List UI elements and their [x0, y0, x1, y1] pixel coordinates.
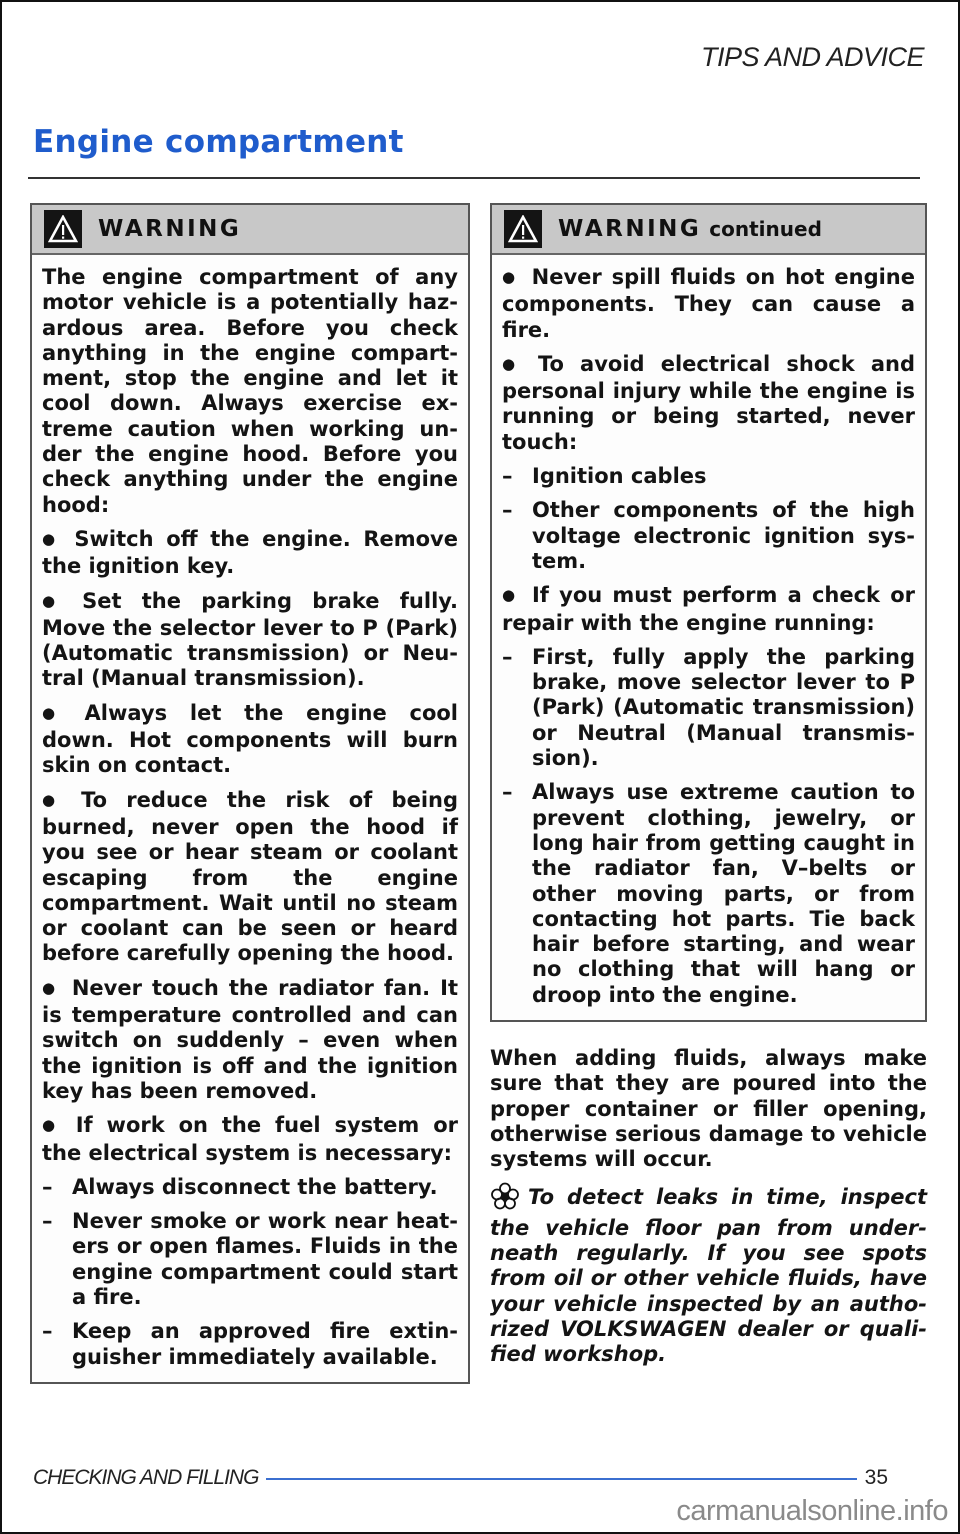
warning-triangle-icon [504, 210, 542, 248]
warning-bullet: Switch off the engine. Remove the igniti… [42, 527, 458, 580]
warning-dash-item: – Ignition cables [502, 464, 915, 489]
warning-body: The engine compartment of any motor vehi… [32, 255, 468, 1382]
dash-text: Always disconnect the battery. [72, 1175, 458, 1200]
warning-intro: The engine compartment of any motor vehi… [42, 265, 458, 518]
dash-marker: – [502, 645, 532, 771]
left-column: WARNING The engine compartment of any mo… [30, 203, 470, 1384]
right-column: WARNINGcontinued Never spill fluids on h… [490, 203, 927, 1389]
warning-header: WARNING [32, 205, 468, 255]
page-title: Engine compartment [33, 124, 404, 160]
page-number: 35 [865, 1466, 888, 1490]
dash-text: Other components of the high voltage ele… [532, 498, 915, 574]
dash-marker: – [42, 1209, 72, 1310]
warning-title-suffix: continued [709, 217, 822, 241]
warning-box: WARNING The engine compartment of any mo… [30, 203, 470, 1384]
warning-title: WARNINGcontinued [558, 216, 822, 242]
warning-dash-item: – Keep an approved fire extin­guisher im… [42, 1319, 458, 1370]
dash-marker: – [502, 780, 532, 1008]
warning-bullet: Never touch the radiator fan. It is temp… [42, 976, 458, 1104]
footer-rule [266, 1478, 856, 1480]
warning-bullet: To reduce the risk of being burned, neve… [42, 788, 458, 967]
warning-bullet: Always let the engine cool down. Hot com… [42, 701, 458, 779]
warning-dash-item: – Always disconnect the battery. [42, 1175, 458, 1200]
warning-title: WARNING [98, 216, 241, 242]
warning-dash-item: – Always use extreme caution to prevent … [502, 780, 915, 1008]
title-divider [28, 177, 920, 179]
warning-body: Never spill fluids on hot engine compone… [492, 255, 925, 1020]
environment-flower-icon [490, 1182, 524, 1216]
dash-marker: – [42, 1319, 72, 1370]
dash-text: Ignition cables [532, 464, 915, 489]
page-footer: CHECKING AND FILLING 35 [33, 1463, 888, 1493]
dash-text: Keep an approved fire extin­guisher imme… [72, 1319, 458, 1370]
watermark: carmanualsonline.info [676, 1495, 948, 1528]
dash-text: Never smoke or work near heat­ers or ope… [72, 1209, 458, 1310]
warning-bullet: To avoid electrical shock and personal i… [502, 352, 915, 455]
warning-dash-item: – Never smoke or work near heat­ers or o… [42, 1209, 458, 1310]
dash-marker: – [502, 464, 532, 489]
warning-title-text: WARNING [558, 216, 701, 242]
warning-bullet: Never spill fluids on hot engine compone… [502, 265, 915, 343]
footer-section-title: CHECKING AND FILLING [33, 1466, 258, 1490]
warning-continued-box: WARNINGcontinued Never spill fluids on h… [490, 203, 927, 1022]
dash-marker: – [502, 498, 532, 574]
dash-text: Always use extreme caution to prevent cl… [532, 780, 915, 1008]
warning-bullet: Set the parking brake fully. Move the se… [42, 589, 458, 692]
warning-bullet: If work on the fuel system or the electr… [42, 1113, 458, 1166]
warning-dash-item: – First, fully apply the parking brake, … [502, 645, 915, 771]
running-head: TIPS AND ADVICE [701, 42, 924, 73]
warning-header: WARNINGcontinued [492, 205, 925, 255]
dash-marker: – [42, 1175, 72, 1200]
warning-bullet: If you must perform a check or repair wi… [502, 583, 915, 636]
warning-triangle-icon [44, 210, 82, 248]
tip-text: To detect leaks in time, inspect the veh… [490, 1185, 927, 1367]
dash-text: First, fully apply the parking brake, mo… [532, 645, 915, 771]
warning-dash-item: – Other components of the high voltage e… [502, 498, 915, 574]
environment-tip: To detect leaks in time, inspect the veh… [490, 1182, 927, 1368]
body-paragraph: When adding fluids, always make sure tha… [490, 1046, 927, 1172]
